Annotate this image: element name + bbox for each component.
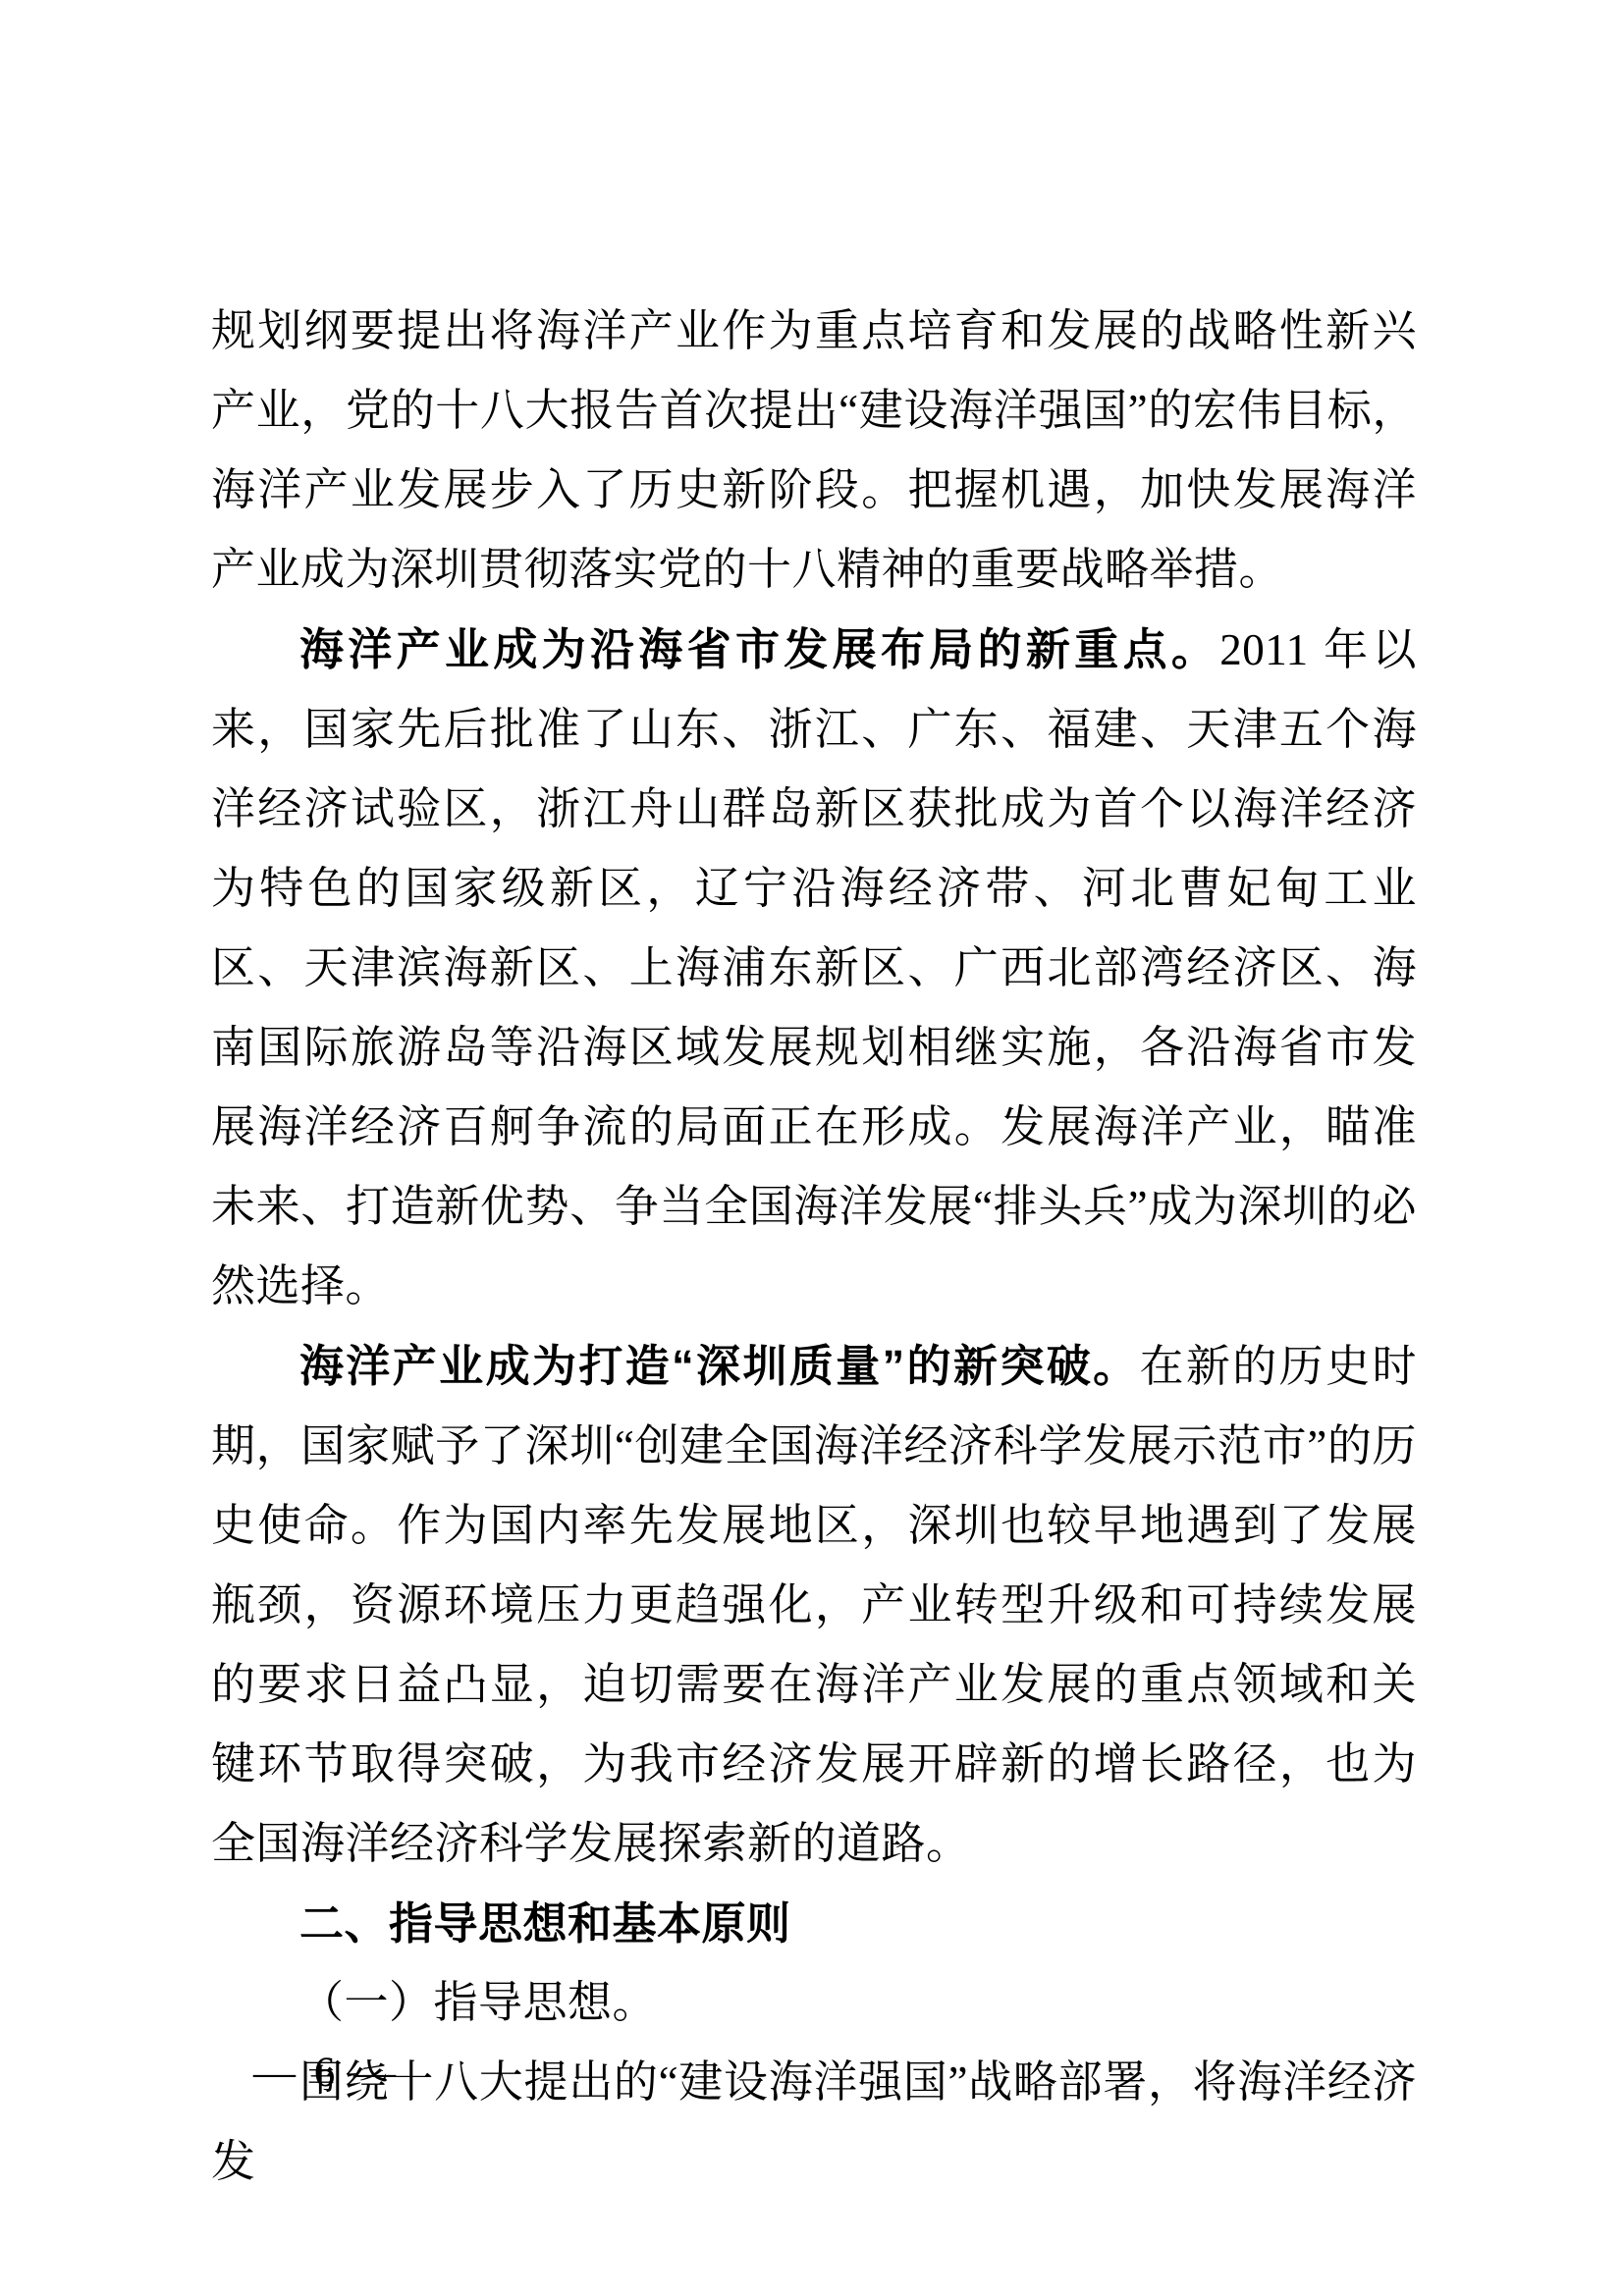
body-text: 规划纲要提出将海洋产业作为重点培育和发展的战略性新兴产业，党的十八大报告首次提出… [211,306,1417,594]
bold-lead-text: 海洋产业成为沿海省市发展布局的新重点。 [299,624,1219,674]
para-coastal-provinces: 海洋产业成为沿海省市发展布局的新重点。2011 年以来，国家先后批准了山东、浙江… [211,610,1417,1326]
body-text: 在新的历史时期，国家赋予了深圳“创建全国海洋经济科学发展示范市”的历史使命。作为… [211,1342,1417,1868]
para-shenzhen-quality: 海洋产业成为打造“深圳质量”的新突破。在新的历史时期，国家赋予了深圳“创建全国海… [211,1326,1417,1884]
page-number-text: — 6 — [253,2050,400,2096]
body-text: 2011 年以来，国家先后批准了山东、浙江、广东、福建、天津五个海洋经济试验区，… [211,625,1417,1310]
para-continuation: 规划纲要提出将海洋产业作为重点培育和发展的战略性新兴产业，党的十八大报告首次提出… [211,292,1417,610]
heading-section-2: 二、指导思想和基本原则 [211,1884,1417,1963]
subheading-guiding-ideology: （一）指导思想。 [211,1963,1417,2043]
document-page: 规划纲要提出将海洋产业作为重点培育和发展的战略性新兴产业，党的十八大报告首次提出… [0,0,1623,2296]
document-body: 规划纲要提出将海洋产业作为重点培育和发展的战略性新兴产业，党的十八大报告首次提出… [211,292,1417,2202]
page-number: — 6 — [253,2044,400,2103]
body-text: （一）指导思想。 [299,1978,657,2027]
bold-lead-text: 二、指导思想和基本原则 [299,1898,791,1949]
bold-lead-text: 海洋产业成为打造“深圳质量”的新突破。 [299,1341,1140,1391]
